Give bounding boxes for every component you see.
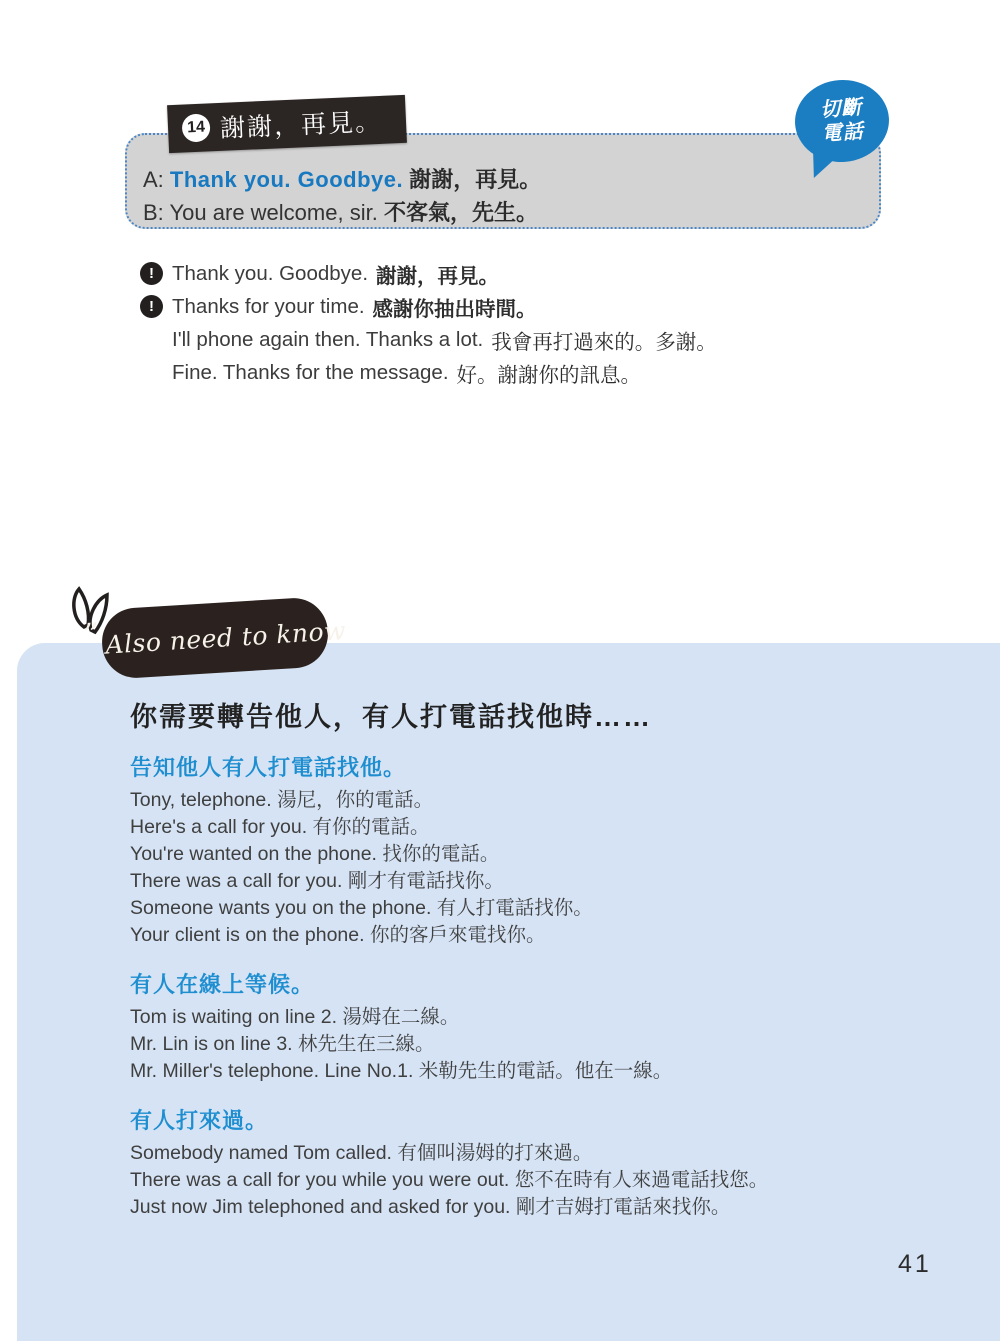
lesson-number-badge: 14	[181, 113, 210, 142]
exclamation-icon: !	[140, 295, 163, 318]
section-line: Here's a call for you. 有你的電話。	[130, 814, 768, 841]
section-line: There was a call for you. 剛才有電話找你。	[130, 868, 768, 895]
lesson-title: 謝謝，再見。	[219, 102, 382, 145]
tag-line-1: 切斷	[819, 96, 863, 123]
phrase-english: Thank you. Goodbye.	[172, 262, 368, 286]
section-line: Just now Jim telephoned and asked for yo…	[130, 1194, 768, 1221]
dialog-b-english: You are welcome, sir.	[170, 200, 378, 225]
phrase-row: I'll phone again then. Thanks a lot. 我會再…	[140, 323, 717, 356]
also-need-to-know-panel: 你需要轉告他人，有人打電話找他時…… 告知他人有人打電話找他。 Tony, te…	[17, 643, 1000, 1341]
dialog-b-chinese: 不客氣，先生。	[384, 200, 538, 225]
phrase-chinese: 感謝你抽出時間。	[373, 292, 537, 322]
dialog-a-speaker: A:	[143, 167, 164, 192]
phrase-row: ! Thanks for your time. 感謝你抽出時間。	[140, 290, 717, 323]
dialog-a-chinese: 謝謝，再見。	[409, 167, 541, 192]
section-line: Tom is waiting on line 2. 湯姆在二線。	[130, 1004, 768, 1031]
page-number: 41	[898, 1250, 932, 1279]
section-line: Mr. Miller's telephone. Line No.1. 米勒先生的…	[130, 1058, 768, 1085]
phrase-row: ! Thank you. Goodbye. 謝謝，再見。	[140, 257, 717, 290]
phrase-chinese: 好。謝謝你的訊息。	[457, 358, 642, 388]
phrase-chinese: 我會再打過來的。多謝。	[491, 325, 717, 355]
dialog-line-b: B: You are welcome, sir. 不客氣，先生。	[143, 196, 879, 229]
section-line: Your client is on the phone. 你的客戶來電找你。	[130, 922, 768, 949]
book-page: A: Thank you. Goodbye. 謝謝，再見。 B: You are…	[0, 0, 1000, 1341]
panel-heading: 你需要轉告他人，有人打電話找他時……	[130, 695, 652, 734]
phrase-list: ! Thank you. Goodbye. 謝謝，再見。 ! Thanks fo…	[140, 257, 717, 389]
section-line: Someone wants you on the phone. 有人打電話找你。	[130, 895, 768, 922]
also-need-to-know-bubble: ” Also need to know	[100, 596, 330, 680]
section-notify: 告知他人有人打電話找他。 Tony, telephone. 湯尼，你的電話。 H…	[130, 753, 768, 949]
section-line: There was a call for you while you were …	[130, 1167, 768, 1194]
section-line: Somebody named Tom called. 有個叫湯姆的打來過。	[130, 1140, 768, 1167]
phrase-english: I'll phone again then. Thanks a lot.	[172, 328, 483, 352]
dialog-line-a: A: Thank you. Goodbye. 謝謝，再見。	[143, 163, 879, 196]
tag-line-2: 電話	[821, 120, 865, 147]
section-someone-called: 有人打來過。 Somebody named Tom called. 有個叫湯姆的…	[130, 1106, 768, 1221]
sections: 告知他人有人打電話找他。 Tony, telephone. 湯尼，你的電話。 H…	[130, 753, 768, 1242]
exclamation-icon: !	[140, 262, 163, 285]
section-title: 有人打來過。	[130, 1106, 768, 1136]
also-label: Also need to know	[105, 616, 347, 660]
phrase-row: Fine. Thanks for the message. 好。謝謝你的訊息。	[140, 356, 717, 389]
phrase-english: Fine. Thanks for the message.	[172, 361, 449, 385]
section-line: Tony, telephone. 湯尼，你的電話。	[130, 787, 768, 814]
section-line: You're wanted on the phone. 找你的電話。	[130, 841, 768, 868]
phrase-chinese: 謝謝，再見。	[376, 259, 499, 289]
section-line: Mr. Lin is on line 3. 林先生在三線。	[130, 1031, 768, 1058]
quote-mark: ”	[82, 617, 99, 653]
dialog-a-english: Thank you. Goodbye.	[170, 167, 403, 192]
phrase-english: Thanks for your time.	[172, 295, 365, 319]
section-waiting-on-line: 有人在線上等候。 Tom is waiting on line 2. 湯姆在二線…	[130, 970, 768, 1085]
dialog-b-speaker: B:	[143, 200, 164, 225]
section-title: 有人在線上等候。	[130, 970, 768, 1000]
section-title: 告知他人有人打電話找他。	[130, 753, 768, 783]
